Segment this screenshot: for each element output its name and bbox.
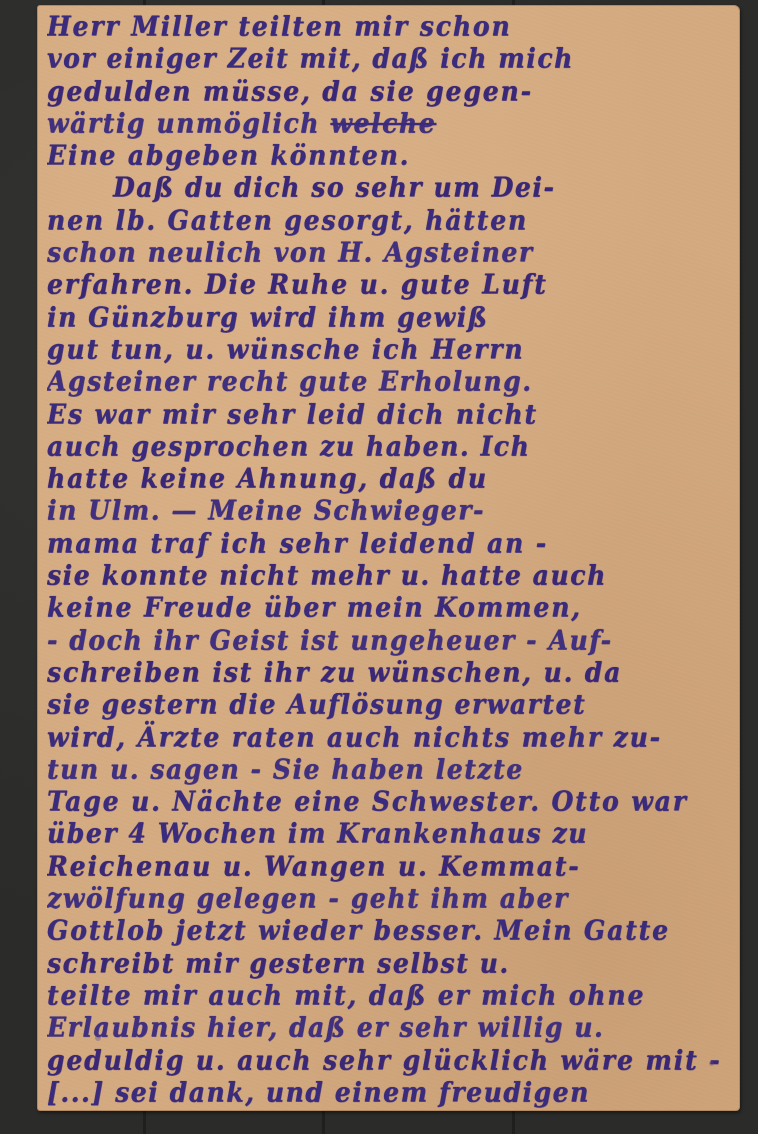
line-text: sie gestern die Auflösung erwartet bbox=[47, 689, 586, 720]
ink-blot bbox=[95, 1035, 101, 1041]
line-text: wärtig unmöglich bbox=[47, 108, 320, 139]
handwritten-line: sie konnte nicht mehr u. hatte auch bbox=[47, 559, 737, 594]
line-text: teilte mir auch mit, daß er mich ohne bbox=[47, 980, 645, 1011]
handwritten-line: Gottlob jetzt wieder besser. Mein Gatte bbox=[47, 914, 737, 949]
handwritten-line: Daß du dich so sehr um Dei- bbox=[47, 171, 737, 206]
handwritten-line: erfahren. Die Ruhe u. gute Luft bbox=[47, 268, 737, 303]
line-text: - doch ihr Geist ist ungeheuer - Auf- bbox=[47, 624, 613, 655]
line-text: in Günzburg wird ihm gewiß bbox=[47, 301, 489, 332]
handwritten-line: mama traf ich sehr leidend an - bbox=[47, 526, 737, 561]
handwritten-line: auch gesprochen zu haben. Ich bbox=[47, 430, 737, 465]
line-text: erfahren. Die Ruhe u. gute Luft bbox=[47, 269, 548, 300]
line-text: sie konnte nicht mehr u. hatte auch bbox=[47, 560, 607, 591]
line-text: hatte keine Ahnung, daß du bbox=[47, 463, 488, 494]
line-text: Tage u. Nächte eine Schwester. Otto war bbox=[47, 786, 688, 817]
line-text: schreiben ist ihr zu wünschen, u. da bbox=[47, 657, 622, 688]
handwritten-line: Erlaubnis hier, daß er sehr willig u. bbox=[47, 1011, 737, 1046]
line-text: geduldig u. auch sehr glücklich wäre mit… bbox=[47, 1044, 721, 1075]
line-text: zwölfung gelegen - geht ihm aber bbox=[47, 883, 569, 914]
handwritten-line: Reichenau u. Wangen u. Kemmat- bbox=[47, 849, 737, 884]
line-text: Reichenau u. Wangen u. Kemmat- bbox=[47, 851, 581, 882]
handwritten-line: Es war mir sehr leid dich nicht bbox=[47, 397, 737, 432]
handwritten-line: zwölfung gelegen - geht ihm aber bbox=[47, 882, 737, 917]
line-text: Gottlob jetzt wieder besser. Mein Gatte bbox=[47, 915, 670, 946]
handwritten-line: - doch ihr Geist ist ungeheuer - Auf- bbox=[47, 623, 737, 658]
handwritten-line: tun u. sagen - Sie haben letzte bbox=[47, 753, 737, 788]
ink-blot bbox=[709, 1061, 714, 1066]
line-text: über 4 Wochen im Krankenhaus zu bbox=[47, 818, 588, 849]
line-text: Eine abgeben könnten. bbox=[47, 140, 410, 171]
line-text: tun u. sagen - Sie haben letzte bbox=[47, 754, 524, 785]
line-text: gedulden müsse, da sie gegen- bbox=[47, 75, 533, 106]
line-text: nen lb. Gatten gesorgt, hätten bbox=[47, 205, 528, 236]
line-text: Erlaubnis hier, daß er sehr willig u. bbox=[47, 1012, 604, 1043]
handwritten-line: schreiben ist ihr zu wünschen, u. da bbox=[47, 656, 737, 691]
line-text: gut tun, u. wünsche ich Herrn bbox=[47, 334, 525, 365]
handwritten-line: Agsteiner recht gute Erholung. bbox=[47, 365, 737, 400]
line-text: schon neulich von H. Agsteiner bbox=[47, 237, 534, 268]
line-text: mama traf ich sehr leidend an - bbox=[47, 528, 548, 559]
handwritten-line: sie gestern die Auflösung erwartet bbox=[47, 688, 737, 723]
line-text: in Ulm. — Meine Schwieger- bbox=[47, 495, 485, 526]
handwritten-line: teilte mir auch mit, daß er mich ohne bbox=[47, 979, 737, 1014]
line-text: wird, Ärzte raten auch nichts mehr zu- bbox=[47, 721, 662, 752]
handwritten-line: über 4 Wochen im Krankenhaus zu bbox=[47, 817, 737, 852]
handwritten-line: vor einiger Zeit mit, daß ich mich bbox=[47, 42, 737, 77]
handwritten-line: schreibt mir gestern selbst u. bbox=[47, 946, 737, 981]
line-text: [...] sei dank, und einem freudigen bbox=[47, 1077, 590, 1108]
line-text: Daß du dich so sehr um Dei- bbox=[113, 172, 556, 203]
handwritten-line: gut tun, u. wünsche ich Herrn bbox=[47, 333, 737, 368]
line-text: Herr Miller teilten mir schon bbox=[47, 11, 512, 42]
handwritten-line: wird, Ärzte raten auch nichts mehr zu- bbox=[47, 720, 737, 755]
handwritten-line: hatte keine Ahnung, daß du bbox=[47, 462, 737, 497]
handwritten-line: in Ulm. — Meine Schwieger- bbox=[47, 494, 737, 529]
line-text: Agsteiner recht gute Erholung. bbox=[47, 366, 533, 397]
handwritten-line: wärtig unmöglich welche bbox=[47, 107, 737, 142]
handwritten-line: in Günzburg wird ihm gewiß bbox=[47, 300, 737, 335]
line-text: auch gesprochen zu haben. Ich bbox=[47, 431, 530, 462]
handwritten-line: keine Freude über mein Kommen, bbox=[47, 591, 737, 626]
handwritten-line: Herr Miller teilten mir schon bbox=[47, 10, 737, 45]
handwritten-line: geduldig u. auch sehr glücklich wäre mit… bbox=[47, 1043, 737, 1078]
handwritten-line: nen lb. Gatten gesorgt, hätten bbox=[47, 203, 737, 238]
line-text: Es war mir sehr leid dich nicht bbox=[47, 398, 538, 429]
line-text: schreibt mir gestern selbst u. bbox=[47, 947, 510, 978]
struck-out-word: welche bbox=[330, 108, 436, 139]
handwritten-letter-body: Herr Miller teilten mir schonvor einiger… bbox=[47, 11, 737, 1109]
handwritten-line: gedulden müsse, da sie gegen- bbox=[47, 74, 737, 109]
handwritten-line: Eine abgeben könnten. bbox=[47, 139, 737, 174]
handwritten-line: schon neulich von H. Agsteiner bbox=[47, 236, 737, 271]
handwritten-line: Tage u. Nächte eine Schwester. Otto war bbox=[47, 785, 737, 820]
line-text: keine Freude über mein Kommen, bbox=[47, 592, 582, 623]
postcard: Herr Miller teilten mir schonvor einiger… bbox=[37, 5, 740, 1111]
line-text: vor einiger Zeit mit, daß ich mich bbox=[47, 43, 574, 74]
handwritten-line: [...] sei dank, und einem freudigen bbox=[47, 1076, 737, 1111]
